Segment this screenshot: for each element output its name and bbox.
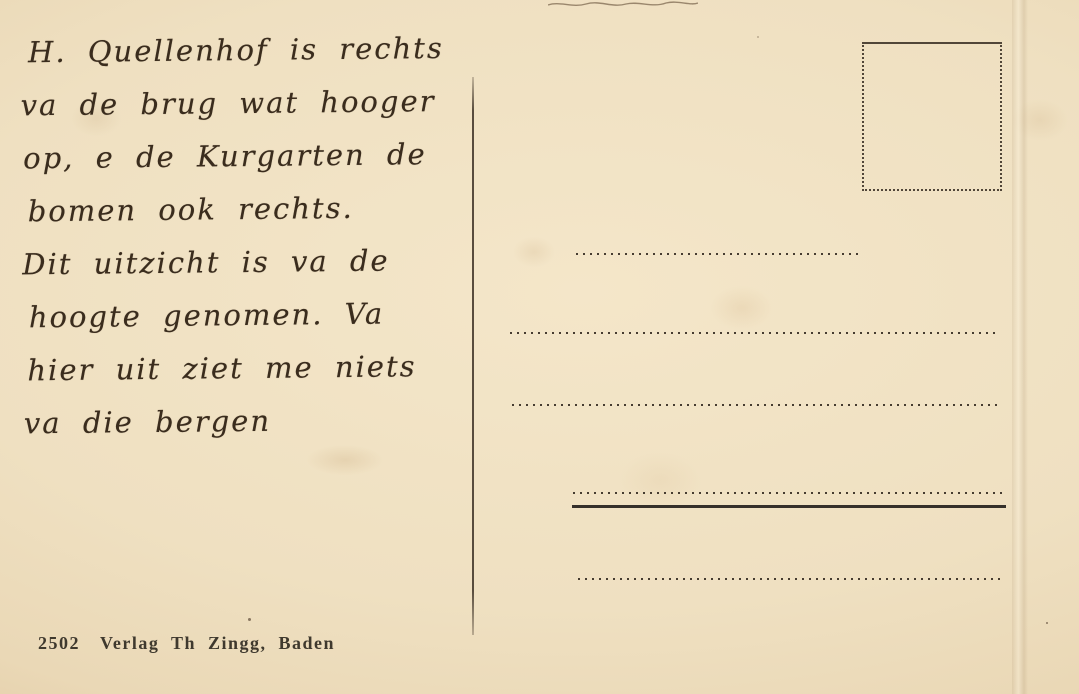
paper-speck — [248, 618, 251, 621]
center-divider-line — [472, 77, 474, 635]
publisher-imprint: 2502Verlag Th Zingg, Baden — [38, 633, 335, 654]
paper-speck — [757, 36, 759, 38]
paper-speck — [1046, 622, 1048, 624]
postcard-back: H. Quellenhof is rechts va de brug wat h… — [0, 0, 1079, 694]
card-number: 2502 — [38, 633, 80, 653]
message-line-5: Dit uitzicht is va de — [22, 234, 475, 292]
address-dotted-line-5 — [578, 578, 1002, 580]
address-dotted-line-1 — [576, 253, 858, 255]
message-line-7: hier uit ziet me niets — [23, 340, 476, 398]
handwritten-message: H. Quellenhof is rechts va de brug wat h… — [20, 22, 476, 451]
stamp-box — [862, 42, 1002, 191]
message-line-4: bomen ook rechts. — [21, 181, 474, 239]
address-dotted-line-2 — [510, 332, 1000, 334]
address-dotted-line-3 — [512, 404, 1001, 406]
message-line-2: va de brug wat hooger — [20, 75, 473, 133]
paper-crease — [1012, 0, 1028, 694]
message-line-1: H. Quellenhof is rechts — [20, 22, 473, 80]
message-line-3: op, e de Kurgarten de — [21, 128, 474, 186]
address-dotted-line-4 — [573, 492, 1003, 494]
message-line-6: hoogte genomen. Va — [23, 287, 476, 345]
paper-edge-tear-mark — [548, 0, 698, 10]
address-solid-underline — [572, 505, 1006, 508]
message-line-8: va die bergen — [24, 393, 477, 451]
publisher-text: Verlag Th Zingg, Baden — [100, 633, 335, 653]
